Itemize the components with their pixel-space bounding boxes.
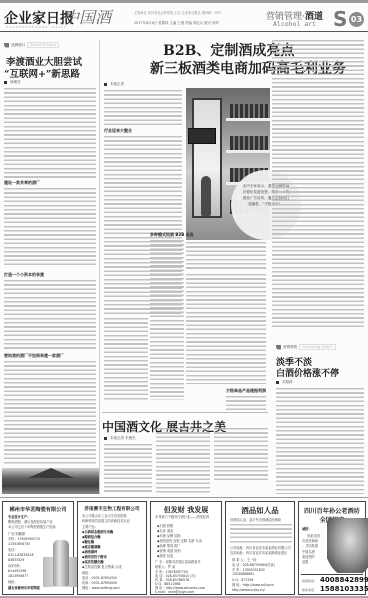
main-subhead-1: 行业迎来大整合	[104, 128, 132, 134]
column-tag-label: 营销观察	[283, 345, 297, 350]
page-number-badge: 03	[349, 12, 364, 27]
byline-marker-icon	[104, 83, 107, 86]
main-body-text-5	[104, 318, 148, 400]
section-letter: S	[333, 9, 347, 29]
publisher-info: 主管单位 四川省社会科学院 主办 企业家日报社 国内统一刊号	[134, 10, 221, 15]
ad-line: 本刊致力于服务白酒行业——酒类经营	[155, 515, 209, 520]
left-body-text-3	[4, 280, 96, 350]
ad-title: 酒品如人品	[226, 505, 294, 516]
ad-line: 湖北省郴州市华茗陶瓷	[8, 586, 40, 591]
person-figure	[201, 176, 211, 216]
right-column-tag: 营销观察 Marketing Watch	[276, 344, 336, 350]
left-subhead-1: 建设一家共享的酒厂	[4, 180, 40, 186]
byline-marker-icon	[104, 437, 107, 440]
ad-line: 各类经销商	[302, 539, 318, 544]
lower-body-text-2	[156, 428, 210, 494]
ad-line: ◆生物活性酶 复合型曲 合成	[82, 565, 122, 570]
ad-ceramics: 郴州市华茗陶瓷有限公司 专业设计生产： 陶瓷酒瓶、酒坛及配套包装产品 本公司已有…	[2, 501, 74, 595]
main-subhead-2: 多种模式拓展 B2B 业务	[150, 232, 194, 238]
ad-line: Q Q：877356	[232, 578, 253, 583]
ad-line: ◆白酒 收购	[157, 524, 173, 529]
ad-line: 手机：13509300770	[8, 537, 40, 542]
right-byline: 刘慕林	[276, 380, 293, 385]
ad-line: 中国名酒	[302, 550, 315, 555]
column-tag-label: 品牌窗口	[11, 43, 25, 48]
issue-date-editors: 2017年4月6日 星期四 主编 王刚 责编 胡红兵 版式 杨军	[134, 20, 219, 25]
byline-marker-icon	[276, 381, 279, 384]
ad-line: 本公司系山东工业大学各类院校	[82, 514, 127, 519]
ad-line: 83833329	[8, 558, 24, 563]
ad-line: 网 址：http://www.scjlxy.cn	[232, 583, 274, 588]
hotline-label: 招商热线：	[302, 579, 317, 583]
ad-divider	[301, 574, 363, 575]
wine-bottle-image	[53, 540, 69, 586]
ad-body-text	[230, 524, 292, 544]
column-tag-en: Marketing Watch	[299, 344, 335, 350]
ad-line: 电 话：028-86759580(传真)	[232, 563, 275, 568]
column-tag-en: Brand Window	[27, 42, 59, 48]
main-body-text-6	[186, 274, 266, 384]
section-title-en: Alcohol art	[273, 20, 316, 28]
main-body-text-right	[272, 40, 364, 330]
ads-divider	[0, 497, 368, 498]
ad-line: ◆酒类批发 连锁 定制 名酒 专卖	[157, 539, 202, 544]
main-body-text-1	[104, 90, 182, 126]
brand-script-logo: 中国酒	[63, 5, 111, 28]
section-divider	[102, 412, 268, 413]
ad-line: 广 告：成都市武侯区某某路某号	[155, 560, 201, 565]
lower-body-text-3	[214, 428, 268, 482]
ad-bioengineering: 济南赛丰生物工程有限公司 本公司系山东工业大学各类院校 科研机构共同建立的高新技…	[77, 501, 147, 595]
ad-line: 广东/刘鹏德	[8, 532, 25, 537]
ad-title: 但发财 我发展	[151, 505, 221, 515]
ad-line: 614492296	[8, 569, 26, 574]
masthead: 企业家日报 中国酒 ENTREPRENEURS' DAILY 主管单位 四川省社…	[0, 4, 368, 32]
ad-line: 网址：www.saifeng.com	[82, 586, 120, 591]
ad-line: 本公司已有十年陶瓷酒瓶生产经验	[8, 525, 56, 530]
ad-line: 地址：	[8, 580, 18, 585]
left-body-text-2	[4, 188, 96, 268]
left-headline-line2: “互联网+”新思路	[4, 66, 80, 80]
ad-line: 13540888881	[232, 572, 254, 577]
ad-line: 联 系 人：王一钧	[232, 558, 256, 563]
top-rule	[0, 0, 368, 3]
right-body-text	[276, 388, 364, 494]
main-byline-text: 本报记者	[110, 82, 124, 87]
ad-line: 加盟	[302, 560, 308, 565]
ad-title-line1: 四川百年孙公老酒坊	[299, 506, 365, 515]
ad-line: 科研机构共同建立的高新技术企业	[82, 519, 130, 524]
ad-line: 欢迎您的	[302, 555, 315, 560]
left-subhead-2: 打造一个小资本的李渡	[4, 272, 44, 278]
left-byline-text: 徐湘亮	[10, 80, 21, 85]
main-byline: 本报记者	[104, 82, 124, 87]
ad-line: 电话：0531-87654320	[82, 576, 117, 581]
main-body-text-4	[150, 240, 184, 400]
ad-line: QQ号码：	[8, 564, 23, 569]
ad-title: 济南赛丰生物工程有限公司	[78, 506, 146, 512]
ad-line: E-mail：wine@jiuye.com	[155, 590, 194, 595]
ad-line: 优质全国	[307, 534, 320, 539]
ad-fortune: 但发财 我发展 本刊致力于服务白酒行业——酒类经营 ◆白酒 收购 ◆名优 酒业 …	[150, 501, 222, 595]
lower-byline-text: 本报记者 朱俊杰	[110, 436, 136, 441]
bottle-row	[230, 136, 268, 150]
ad-line: ◆品牌 策划 推广	[157, 544, 181, 549]
ad-line: 地址：	[82, 571, 92, 576]
shelf	[226, 118, 270, 121]
ad-line: 0311-83832818	[8, 553, 34, 558]
ad-line: ◆酒类菌种	[82, 550, 97, 555]
left-subhead-3: 要知我的酒厂不如到李渡一家酒厂	[4, 353, 64, 359]
display-screen	[188, 128, 216, 144]
ad-title: 郴州市华茗陶瓷有限公司	[3, 506, 73, 513]
ad-line: 传真：0531-87650000	[82, 581, 117, 586]
ad-line: ，共同发展	[302, 544, 318, 549]
ad-line: ◆代理 品牌 招商	[157, 534, 181, 539]
ad-line: 13301606730	[8, 542, 30, 547]
ad-line: 诚招：	[302, 527, 312, 532]
left-body-text-1	[4, 88, 96, 178]
flag-icon	[276, 345, 281, 350]
ad-line: 陶瓷酒瓶、酒坛及配套包装产品	[8, 520, 53, 525]
phone-label: 联系电话：	[302, 588, 317, 592]
ad-line: ◆液态酿酒酶	[82, 545, 100, 550]
ad-line: ◆糖化酶	[82, 540, 94, 545]
ad-line: 联系人：罗 某	[155, 565, 175, 570]
left-body-text-4	[4, 361, 96, 465]
ad-wine-character: 酒品如人品 好酒如人品，品字号全国诚招经销商 公司地址：四川省宜宾市某某酒业有限…	[225, 501, 295, 595]
ad-line: ◆高活性糖化酶	[82, 560, 104, 565]
ad-line: 好酒如人品，品字号全国诚招经销商	[230, 518, 281, 523]
ad-line: ◆白酒固态酿酒专用酶	[82, 530, 113, 535]
building-roof	[22, 468, 80, 478]
ad-line: ◆营销 渠道 规划	[157, 549, 181, 554]
column-divider	[99, 40, 100, 495]
ad-line: ◆酒用活性干酵母	[82, 555, 107, 560]
right-headline-line2: 白酒价格涨不停	[276, 366, 339, 379]
ad-line: ◆名优 酒业	[157, 529, 173, 534]
main-body-text-7	[226, 396, 266, 410]
ad-line: 专业设计生产：	[8, 515, 30, 520]
left-byline: 徐湘亮	[4, 80, 21, 85]
main-body-text-3	[186, 242, 266, 270]
byline-marker-icon	[4, 81, 7, 84]
ad-line: 宜宾地址：四川省宜宾市某某路酒业园区	[230, 551, 287, 556]
brand-subtitle: ENTREPRENEURS' DAILY	[6, 25, 67, 29]
ad-line: ◆酿酒复合酶	[82, 535, 100, 540]
phone-number: 15881033359	[320, 585, 368, 593]
winery-building-photo	[2, 468, 100, 494]
ad-line: 主要产品：	[82, 525, 98, 530]
left-column-tag: 品牌窗口 Brand Window	[4, 42, 59, 48]
ad-line: 电话：	[8, 548, 18, 553]
ad-line: 公司地址：四川省宜宾市某某酒业有限公司	[230, 546, 291, 551]
bottle-row	[230, 104, 268, 118]
right-byline-text: 刘慕林	[282, 380, 293, 385]
ad-line: 1813959877	[8, 574, 28, 579]
flag-icon	[4, 43, 9, 48]
shelf	[226, 150, 270, 153]
lower-byline: 本报记者 朱俊杰	[104, 436, 136, 441]
ad-line: ◆酒类 包装	[157, 554, 173, 559]
newspaper-page: 企业家日报 中国酒 ENTREPRENEURS' DAILY 主管单位 四川省社…	[0, 0, 368, 598]
lower-body-text-1	[104, 444, 152, 494]
main-subhead-3: 万级单品产品提振利润	[226, 388, 266, 394]
statue-image	[327, 518, 368, 573]
ad-old-winery-recruitment: 四川百年孙公老酒坊 全国招商 诚招： 优质全国 各类经销商 ，共同发展 中国名酒…	[298, 501, 366, 595]
ad-line: http://www.scjlxy.cn/	[232, 588, 265, 593]
hotline-number: 4008842899	[320, 576, 368, 584]
